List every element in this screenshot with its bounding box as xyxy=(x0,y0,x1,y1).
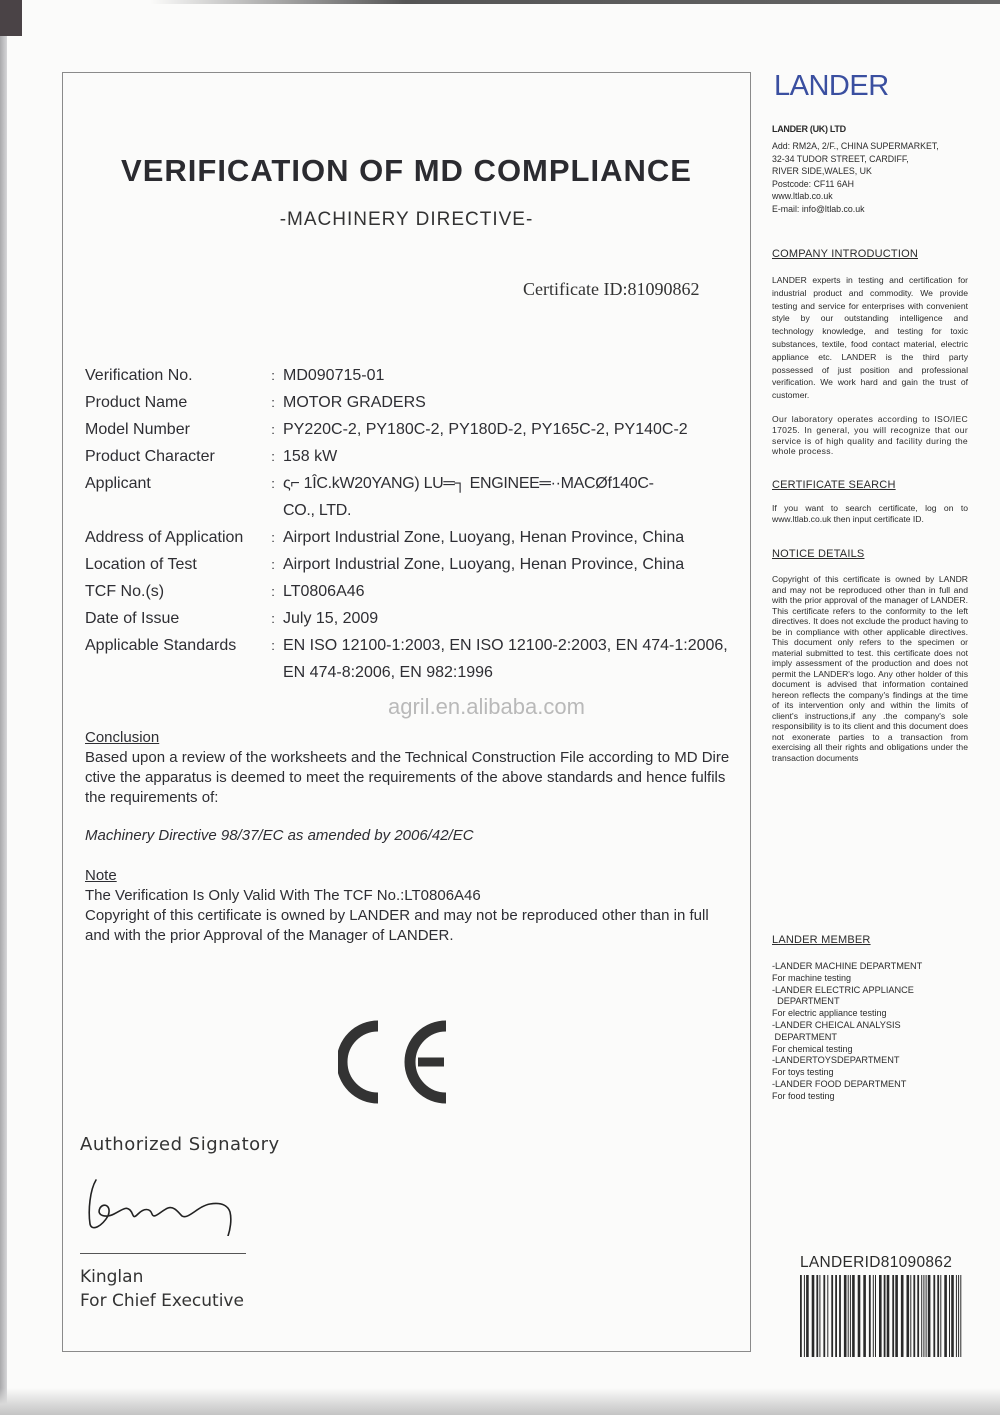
conclusion-line-1: Based upon a review of the worksheets an… xyxy=(85,748,745,768)
field-value: LT0806A46 xyxy=(283,578,745,605)
field-label: Applicant xyxy=(85,470,263,524)
field-value: July 15, 2009 xyxy=(283,605,745,632)
member-item: -LANDER MACHINE DEPARTMENT xyxy=(772,961,972,973)
note-line-3: and with the prior Approval of the Manag… xyxy=(85,926,745,946)
conclusion-line-3: the requirements of: xyxy=(85,788,745,808)
address-line: Add: RM2A, 2/F., CHINA SUPERMARKET, xyxy=(772,140,972,153)
member-list: -LANDER MACHINE DEPARTMENT For machine t… xyxy=(772,961,972,1103)
note-heading: Note xyxy=(85,866,745,886)
field-label: Address of Application xyxy=(85,524,263,551)
member-item: -LANDER ELECTRIC APPLIANCE xyxy=(772,985,972,997)
field-product-character: Product Character : 158 kW xyxy=(85,443,745,470)
member-desc: For chemical testing xyxy=(772,1044,972,1056)
brand-logo: LANDER xyxy=(774,70,889,103)
field-label: Product Name xyxy=(85,389,263,416)
field-value: EN ISO 12100-1:2003, EN ISO 12100-2:2003… xyxy=(283,632,745,686)
member-desc: For food testing xyxy=(772,1091,972,1103)
signature-icon xyxy=(82,1176,242,1236)
lander-member-heading: LANDER MEMBER xyxy=(772,934,972,946)
member-desc: For toys testing xyxy=(772,1067,972,1079)
field-label: Model Number xyxy=(85,416,263,443)
conclusion-heading: Conclusion xyxy=(85,728,745,748)
conclusion-section: Conclusion Based upon a review of the wo… xyxy=(85,728,745,808)
field-label: Applicable Standards xyxy=(85,632,263,686)
field-colon: : xyxy=(263,389,283,416)
field-applicant: Applicant : ς⌐ 1ÎC.kW20YANG) LU═┐ ENGINE… xyxy=(85,470,745,524)
applicant-line-1: ς⌐ 1ÎC.kW20YANG) LU═┐ ENGINEE═··MACØf140… xyxy=(283,470,745,497)
field-verification-no: Verification No. : MD090715-01 xyxy=(85,362,745,389)
company-address: Add: RM2A, 2/F., CHINA SUPERMARKET, 32-3… xyxy=(772,140,972,215)
scan-bottom-shadow xyxy=(0,1388,1000,1415)
field-label: Date of Issue xyxy=(85,605,263,632)
field-value: MD090715-01 xyxy=(283,362,745,389)
field-colon: : xyxy=(263,578,283,605)
field-value: PY220C-2, PY180C-2, PY180D-2, PY165C-2, … xyxy=(283,416,745,443)
member-item: -LANDER FOOD DEPARTMENT xyxy=(772,1079,972,1091)
company-introduction-text: LANDER experts in testing and certificat… xyxy=(772,274,968,402)
address-line: 32-34 TUDOR STREET, CARDIFF, xyxy=(772,153,972,166)
scan-top-shadow xyxy=(150,0,1000,4)
field-colon: : xyxy=(263,416,283,443)
note-line-1: The Verification Is Only Valid With The … xyxy=(85,886,745,906)
note-section: Note The Verification Is Only Valid With… xyxy=(85,866,745,946)
member-desc: For electric appliance testing xyxy=(772,1008,972,1020)
notice-details-heading: NOTICE DETAILS xyxy=(772,548,972,560)
field-model-number: Model Number : PY220C-2, PY180C-2, PY180… xyxy=(85,416,745,443)
field-value: Airport Industrial Zone, Luoyang, Henan … xyxy=(283,551,745,578)
notice-details-text: Copyright of this certificate is owned b… xyxy=(772,574,968,763)
authorized-signatory-label: Authorized Signatory xyxy=(80,1134,280,1155)
standards-line-2: EN 474-8:2006, EN 982:1996 xyxy=(283,659,745,686)
field-value: 158 kW xyxy=(283,443,745,470)
field-colon: : xyxy=(263,551,283,578)
note-line-2: Copyright of this certificate is owned b… xyxy=(85,906,745,926)
laboratory-text: Our laboratory operates according to ISO… xyxy=(772,414,968,457)
certificate-id: Certificate ID:81090862 xyxy=(523,279,699,300)
member-desc: For machine testing xyxy=(772,973,972,985)
field-colon: : xyxy=(263,470,283,524)
scan-edge-shadow xyxy=(0,0,22,36)
standards-line-1: EN ISO 12100-1:2003, EN ISO 12100-2:2003… xyxy=(283,632,745,659)
certificate-search-text: If you want to search certificate, log o… xyxy=(772,503,968,525)
field-value: MOTOR GRADERS xyxy=(283,389,745,416)
field-colon: : xyxy=(263,443,283,470)
document-subtitle: -MACHINERY DIRECTIVE- xyxy=(62,209,751,231)
certificate-fields: Verification No. : MD090715-01 Product N… xyxy=(85,362,745,686)
signer-title: For Chief Executive xyxy=(80,1289,244,1313)
field-colon: : xyxy=(263,362,283,389)
directive-reference: Machinery Directive 98/37/EC as amended … xyxy=(85,827,474,844)
field-label: Verification No. xyxy=(85,362,263,389)
field-date-of-issue: Date of Issue : July 15, 2009 xyxy=(85,605,745,632)
barcode-label: LANDERID81090862 xyxy=(800,1254,952,1272)
field-location-of-test: Location of Test : Airport Industrial Zo… xyxy=(85,551,745,578)
certificate-search-heading: CERTIFICATE SEARCH xyxy=(772,479,972,491)
field-product-name: Product Name : MOTOR GRADERS xyxy=(85,389,745,416)
field-colon: : xyxy=(263,524,283,551)
barcode-icon xyxy=(800,1275,965,1357)
company-introduction-heading: COMPANY INTRODUCTION xyxy=(772,248,972,260)
field-colon: : xyxy=(263,605,283,632)
ce-mark-icon xyxy=(338,1020,453,1104)
signer-name: Kinglan xyxy=(80,1265,244,1289)
field-colon: : xyxy=(263,632,283,686)
address-line: Postcode: CF11 6AH xyxy=(772,178,972,191)
document-title: VERIFICATION OF MD COMPLIANCE xyxy=(62,153,751,189)
field-tcf-no: TCF No.(s) : LT0806A46 xyxy=(85,578,745,605)
field-address-of-application: Address of Application : Airport Industr… xyxy=(85,524,745,551)
field-label: Product Character xyxy=(85,443,263,470)
applicant-line-2: CO., LTD. xyxy=(283,497,745,524)
email: E-mail: info@ltlab.co.uk xyxy=(772,203,972,216)
member-item: -LANDER CHEICAL ANALYSIS xyxy=(772,1020,972,1032)
member-item: DEPARTMENT xyxy=(772,1032,972,1044)
field-value: ς⌐ 1ÎC.kW20YANG) LU═┐ ENGINEE═··MACØf140… xyxy=(283,470,745,524)
website: www.ltlab.co.uk xyxy=(772,190,972,203)
field-value: Airport Industrial Zone, Luoyang, Henan … xyxy=(283,524,745,551)
address-line: RIVER SIDE,WALES, UK xyxy=(772,165,972,178)
company-name: LANDER (UK) LTD xyxy=(772,124,972,134)
signature-line xyxy=(80,1253,246,1254)
watermark: agril.en.alibaba.com xyxy=(388,694,585,720)
signer-block: Kinglan For Chief Executive xyxy=(80,1265,244,1313)
field-label: TCF No.(s) xyxy=(85,578,263,605)
scan-edge xyxy=(0,0,7,1415)
conclusion-line-2: ctive the apparatus is deemed to meet th… xyxy=(85,768,745,788)
member-item: -LANDERTOYSDEPARTMENT xyxy=(772,1055,972,1067)
field-label: Location of Test xyxy=(85,551,263,578)
member-item: DEPARTMENT xyxy=(772,996,972,1008)
field-applicable-standards: Applicable Standards : EN ISO 12100-1:20… xyxy=(85,632,745,686)
